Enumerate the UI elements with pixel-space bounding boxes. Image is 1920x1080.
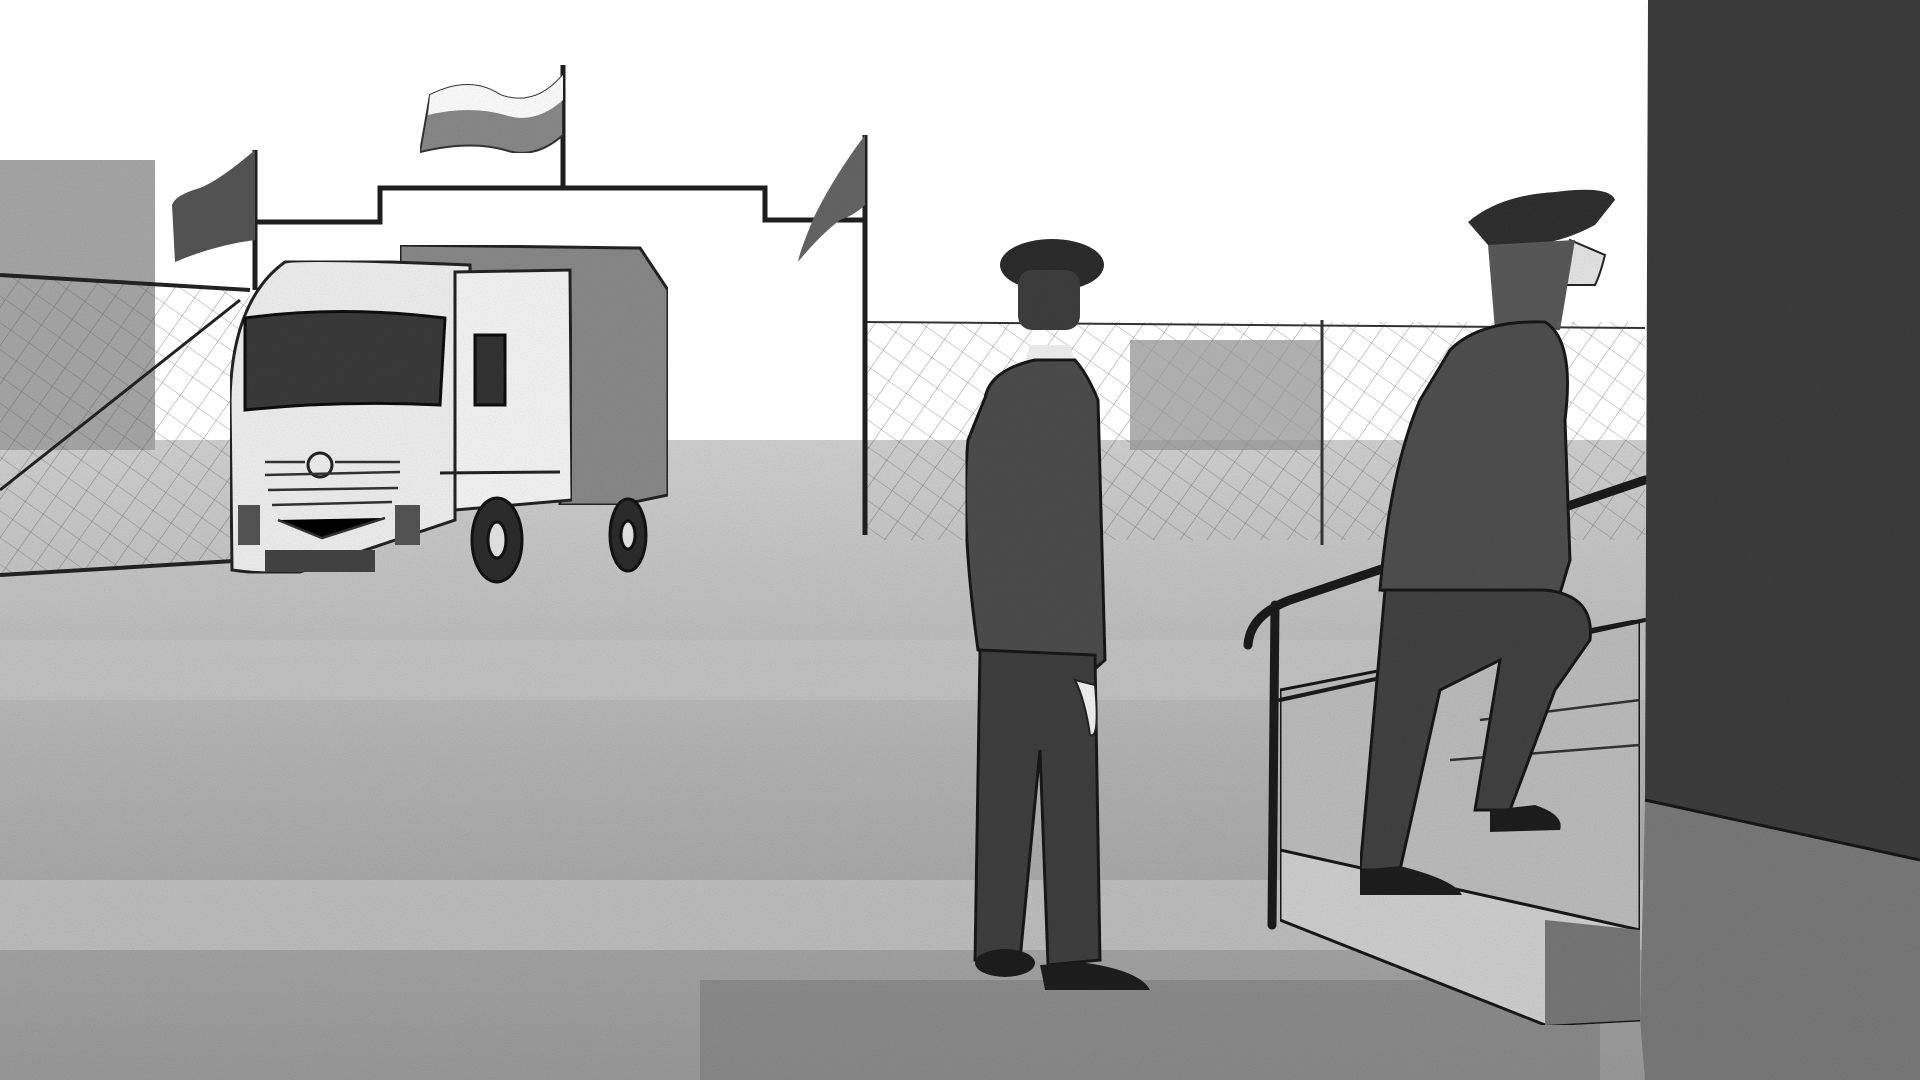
fence-left xyxy=(0,275,250,575)
flag-left xyxy=(172,150,255,262)
flag-center xyxy=(420,75,563,153)
flag-right xyxy=(798,135,865,262)
building-wall xyxy=(1640,0,1920,1080)
sketch-illustration xyxy=(0,0,1920,1080)
fence-block xyxy=(1130,340,1320,450)
